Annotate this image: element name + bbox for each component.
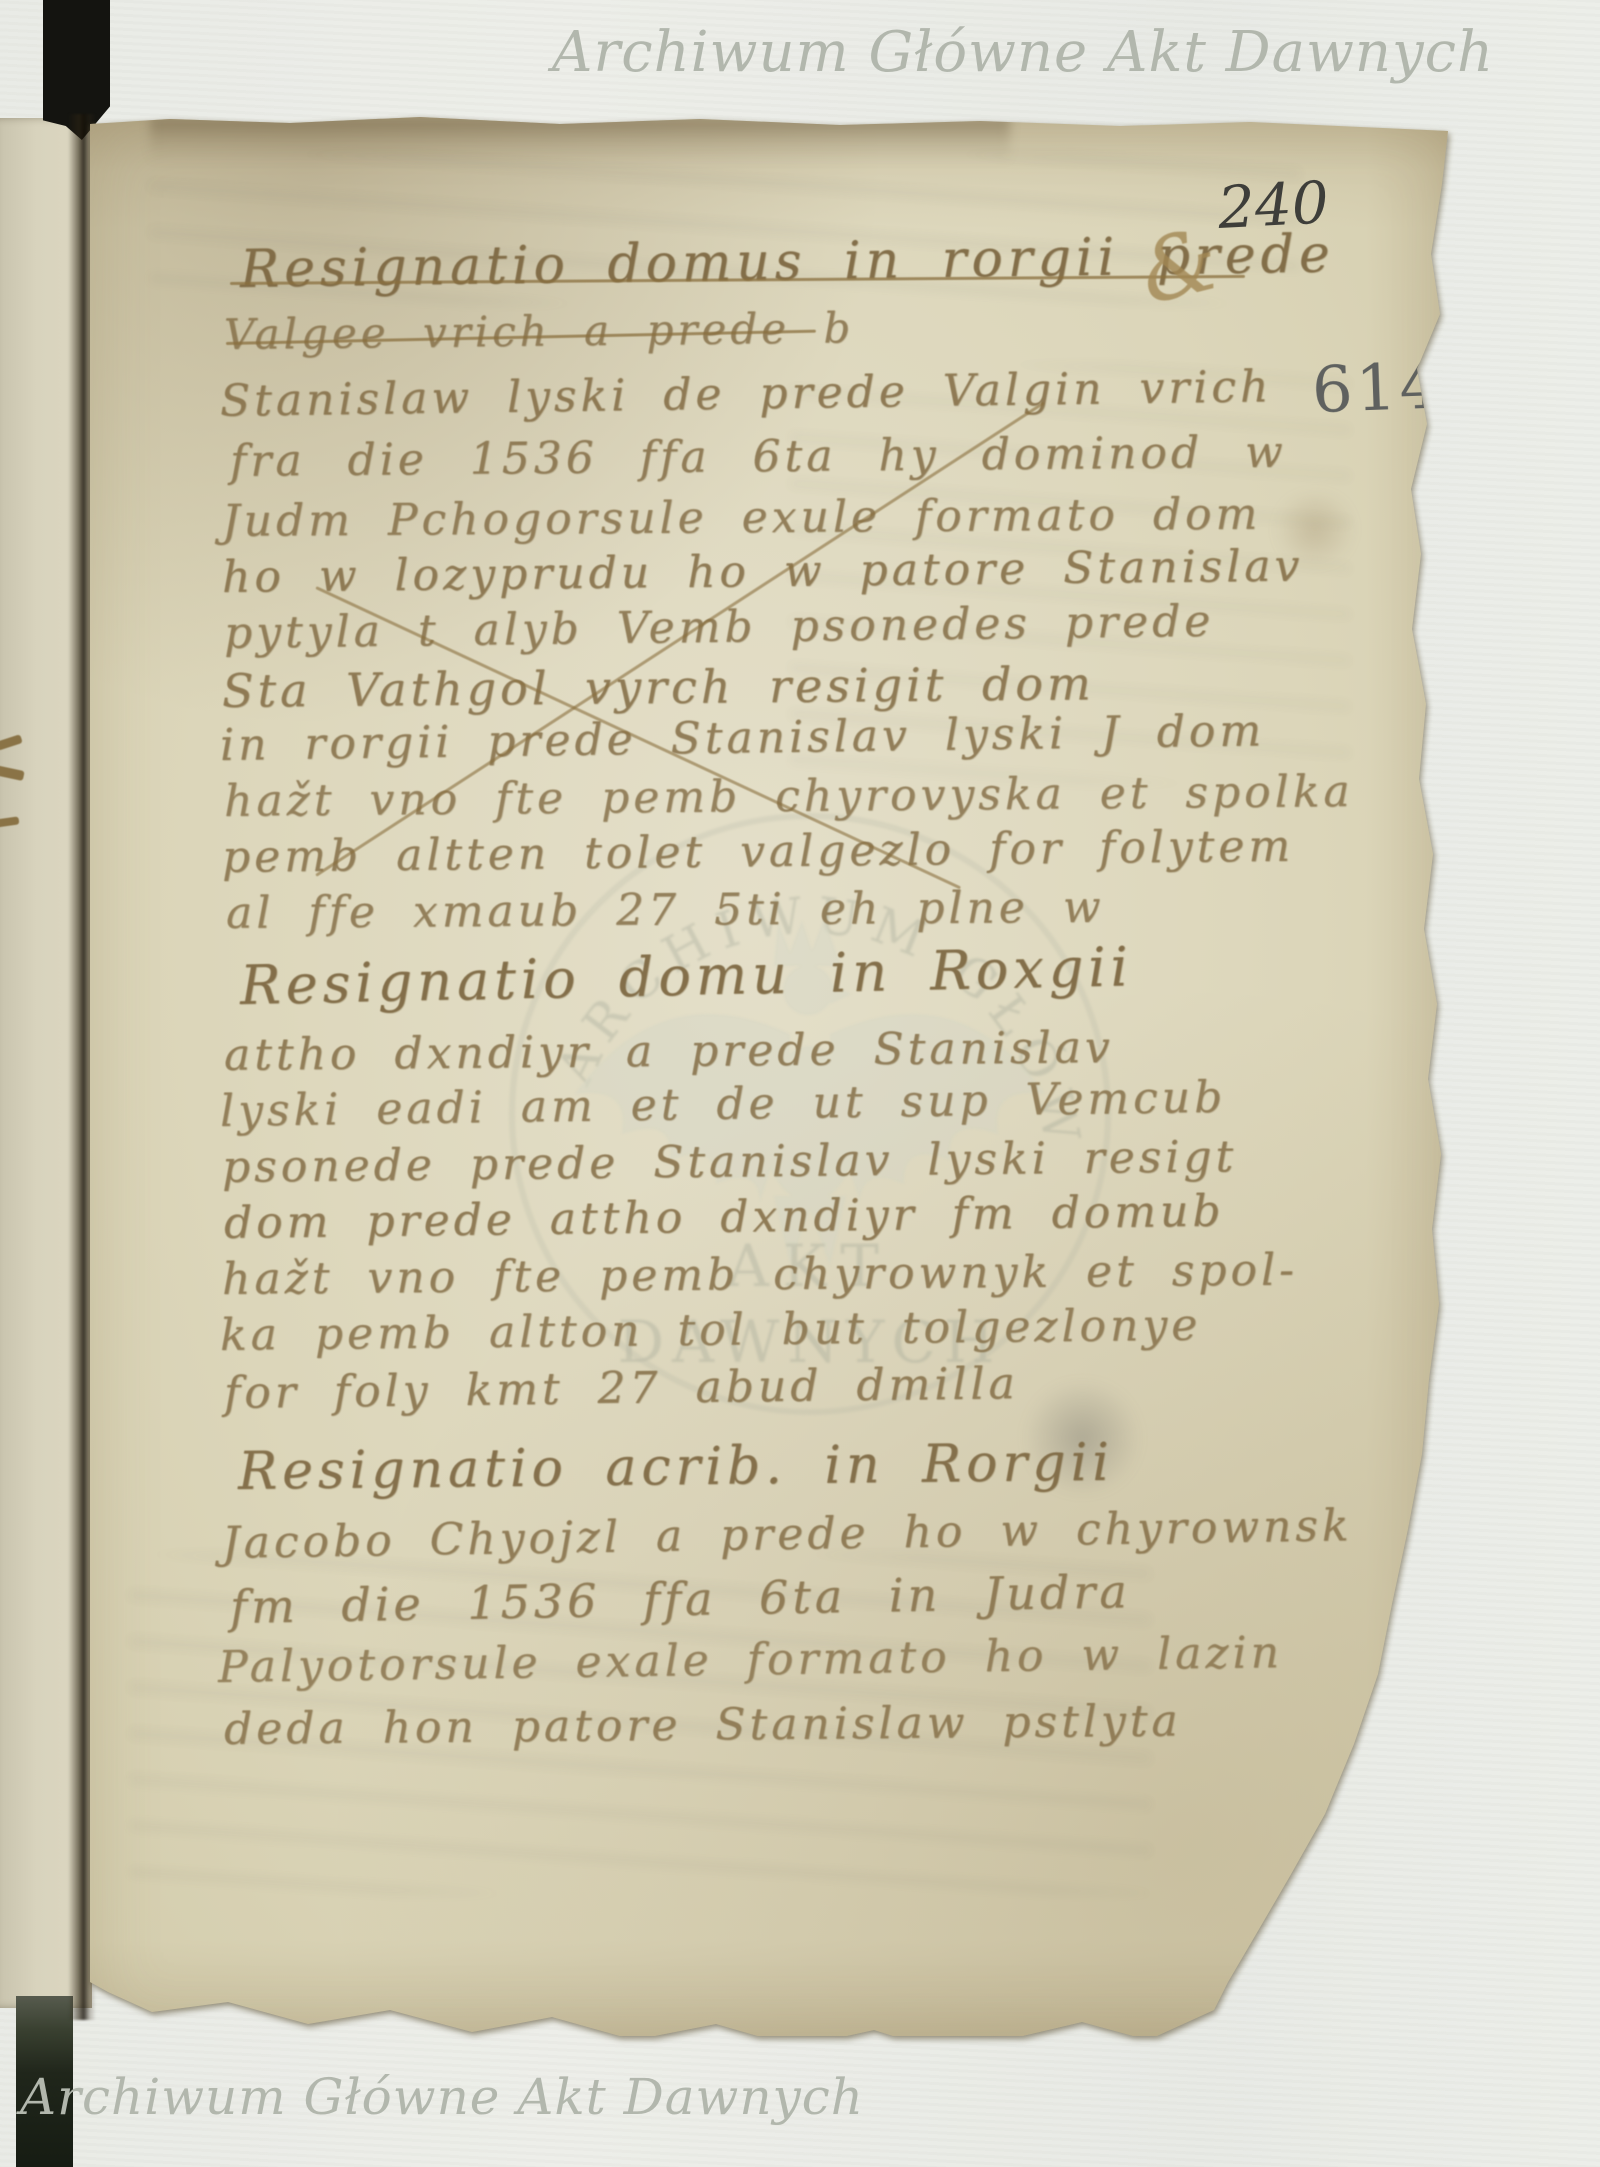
manuscript-line: pytyla t alyb Vemb psonedes prede <box>224 596 1215 659</box>
manuscript-line: fra die 1536 ffa 6ta hy dominod w <box>230 427 1287 487</box>
manuscript-line: Stanislaw lyski de prede Valgin vrich <box>220 361 1273 427</box>
ink-fragment <box>0 765 25 781</box>
manuscript-line: for foly kmt 27 abud dmilla <box>224 1358 1019 1419</box>
manuscript-page-wrap: ARCHIWUM GŁÓWNE AKT DAWNYCH 240 & 614 Re <box>90 114 1462 2036</box>
manuscript-line: Palyotorsule exale formato ho w lazin <box>218 1627 1284 1693</box>
top-edge-smear <box>150 117 1010 163</box>
manuscript-page: ARCHIWUM GŁÓWNE AKT DAWNYCH 240 & 614 Re <box>90 114 1462 2036</box>
ink-fragment <box>0 816 19 827</box>
manuscript-line: al ffe xmaub 27 5ti eh plne w <box>226 882 1105 939</box>
manuscript-line: Judm Pchogorsule exule formato dom <box>222 489 1262 547</box>
folio-number: 240 <box>1216 168 1330 242</box>
manuscript-line: ka pemb altton tol but tolgezlonye <box>220 1300 1202 1361</box>
entry-heading: Resignatio acrib. in Rorgii <box>238 1433 1114 1502</box>
manuscript-line: Jacobo Chyojzl a prede ho w chyrownsk <box>222 1500 1353 1569</box>
manuscript-line: deda hon patore Stanislaw pstlyta <box>224 1696 1182 1755</box>
manuscript-line: hažt vno fte pemb chyrownyk et spol- <box>222 1245 1298 1305</box>
archive-watermark-top: Archiwum Główne Akt Dawnych <box>552 20 1494 85</box>
manuscript-line: attho dxndiyr a prede Stanislav <box>224 1022 1114 1081</box>
archival-scan: ARCHIWUM GŁÓWNE AKT DAWNYCH 240 & 614 Re <box>0 0 1600 2167</box>
manuscript-line: psonede prede Stanislav lyski resigt <box>222 1131 1238 1193</box>
manuscript-line: hažt vno fte pemb chyrovyska et spolka <box>224 766 1354 827</box>
manuscript-line: ho w lozyprudu ho w patore Stanislav <box>222 541 1304 603</box>
archive-watermark-bottom: Archiwum Główne Akt Dawnych <box>20 2068 864 2126</box>
ink-fragment <box>0 734 23 751</box>
manuscript-line: fm die 1536 ffa 6ta in Judra <box>230 1564 1132 1634</box>
reference-number-pencil: 614 <box>1311 349 1445 428</box>
